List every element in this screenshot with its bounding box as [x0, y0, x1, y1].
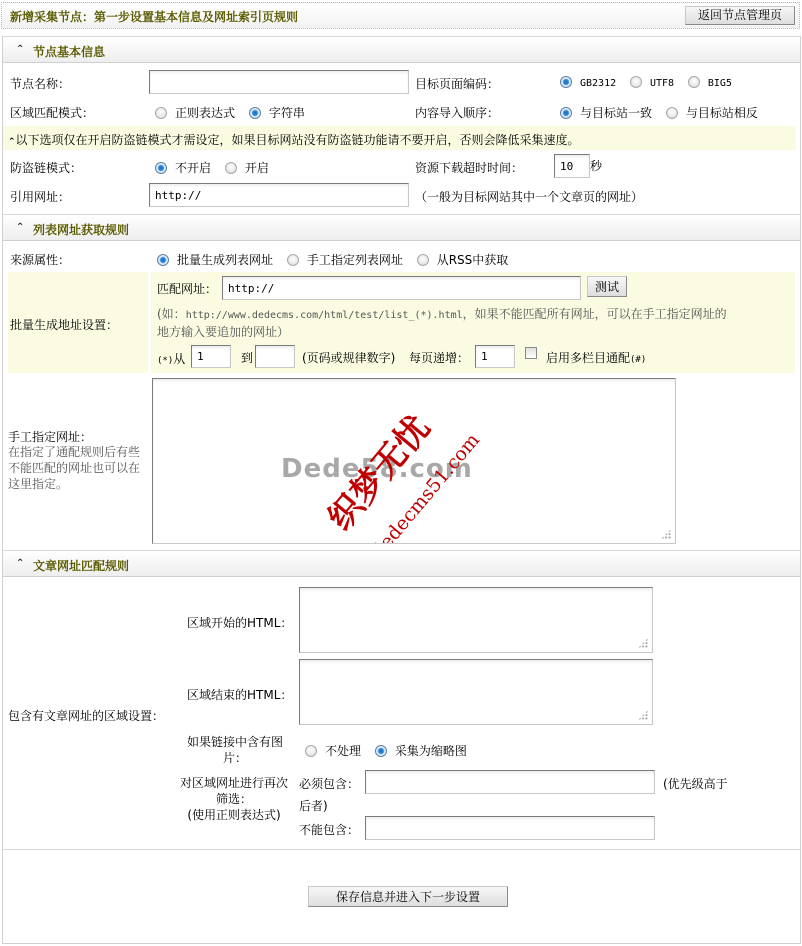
radio-unchecked-icon[interactable] — [630, 76, 642, 88]
source-option-rss[interactable]: 从RSS中获取 — [417, 251, 509, 268]
must-include-label: 必须包含： — [299, 775, 359, 792]
match-mode-option-string[interactable]: 字符串 — [249, 104, 305, 121]
step-input[interactable] — [475, 345, 515, 368]
node-name-input[interactable] — [149, 70, 409, 94]
range-from-label: (*)从 — [157, 350, 185, 367]
timeout-unit: 秒 — [590, 157, 602, 174]
radio-unchecked-icon[interactable] — [155, 107, 167, 119]
section-title: 节点基本信息 — [33, 43, 105, 60]
timeout-input[interactable] — [554, 154, 590, 178]
must-exclude-input[interactable] — [365, 816, 655, 840]
match-mode-label: 区域匹配模式： — [10, 104, 94, 121]
save-and-next-button[interactable]: 保存信息并进入下一步设置 — [308, 886, 508, 907]
import-order-radio-group: 与目标站一致 与目标站相反 — [560, 104, 768, 121]
section-header-list[interactable]: ⌃ 列表网址获取规则 — [2, 214, 801, 241]
radio-unchecked-icon[interactable] — [305, 745, 317, 757]
radio-unchecked-icon[interactable] — [666, 107, 678, 119]
end-html-textarea[interactable] — [299, 659, 653, 725]
filter-label: 对区域网址进行再次 筛选： (使用正则表达式) — [175, 775, 293, 823]
footer-divider — [3, 849, 800, 850]
anti-leech-notice-text: ⌃以下选项仅在开启防盗链模式才需设定，如果目标网站没有防盗链功能请不要开启，否则… — [8, 131, 580, 148]
radio-checked-icon[interactable] — [249, 107, 261, 119]
radio-checked-icon[interactable] — [155, 162, 167, 174]
timeout-label: 资源下载超时时间： — [415, 159, 523, 176]
import-order-label: 内容导入顺序： — [415, 104, 499, 121]
article-region-label: 包含有文章网址的区域设置： — [8, 707, 164, 724]
source-option-batch[interactable]: 批量生成列表网址 — [157, 251, 273, 268]
batch-label: 批量生成地址设置： — [10, 316, 118, 333]
start-html-label: 区域开始的HTML： — [187, 614, 292, 631]
batch-example-text: (如：http://www.dedecms.com/html/test/list… — [157, 306, 757, 340]
anti-leech-option-off[interactable]: 不开启 — [155, 159, 211, 176]
resize-grip-icon[interactable] — [638, 638, 648, 648]
manual-urls-description: 在指定了通配规则后有些 不能匹配的网址也可以在 这里指定。 — [8, 444, 140, 492]
range-from-input[interactable] — [191, 345, 231, 368]
start-html-textarea[interactable] — [299, 587, 653, 653]
radio-checked-icon[interactable] — [560, 107, 572, 119]
image-handling-radio-group: 不处理 采集为缩略图 — [305, 742, 477, 759]
resize-grip-icon[interactable] — [661, 529, 671, 539]
image-option-ignore[interactable]: 不处理 — [305, 742, 361, 759]
section-header-article[interactable]: ⌃ 文章网址匹配规则 — [2, 550, 801, 577]
match-url-label: 匹配网址： — [157, 280, 217, 297]
must-exclude-label: 不能包含： — [299, 821, 359, 838]
anti-leech-radio-group: 不开启 开启 — [155, 159, 279, 176]
multi-column-checkbox[interactable] — [525, 347, 537, 359]
radio-checked-icon[interactable] — [375, 745, 387, 757]
match-url-input[interactable] — [222, 276, 581, 300]
encoding-option-utf8[interactable]: UTF8 — [630, 75, 674, 89]
encoding-label: 目标页面编码： — [415, 75, 499, 92]
encoding-option-big5[interactable]: BIG5 — [688, 75, 732, 89]
section-header-basic[interactable]: ⌃ 节点基本信息 — [2, 36, 801, 63]
anti-leech-option-on[interactable]: 开启 — [225, 159, 269, 176]
double-chevron-up-icon: ⌃ — [8, 137, 16, 147]
match-mode-radio-group: 正则表达式 字符串 — [155, 104, 315, 121]
multi-column-label: 启用多栏目通配(#) — [546, 349, 646, 366]
radio-unchecked-icon[interactable] — [417, 254, 429, 266]
manual-urls-textarea[interactable]: Dede58.com 织梦无忧 dedecms51.com — [152, 378, 676, 544]
double-chevron-up-icon[interactable]: ⌃ — [16, 44, 24, 55]
import-order-option-reverse[interactable]: 与目标站相反 — [666, 104, 758, 121]
image-handling-label: 如果链接中含有图 片： — [185, 734, 285, 766]
double-chevron-up-icon[interactable]: ⌃ — [16, 222, 24, 233]
anti-leech-label: 防盗链模式： — [10, 159, 82, 176]
page-title: 新增采集节点：第一步设置基本信息及网址索引页规则 — [10, 8, 298, 25]
section-title: 列表网址获取规则 — [33, 221, 129, 238]
manual-urls-label: 手工指定网址： — [8, 428, 92, 445]
radio-checked-icon[interactable] — [157, 254, 169, 266]
section-title: 文章网址匹配规则 — [33, 557, 129, 574]
radio-unchecked-icon[interactable] — [688, 76, 700, 88]
encoding-option-gb2312[interactable]: GB2312 — [560, 75, 616, 89]
referer-hint: （一般为目标网站其中一个文章页的网址） — [415, 188, 643, 205]
radio-checked-icon[interactable] — [560, 76, 572, 88]
priority-hint-line1: (优先级高于 — [663, 775, 728, 792]
match-mode-option-regex[interactable]: 正则表达式 — [155, 104, 235, 121]
end-html-label: 区域结束的HTML： — [187, 686, 292, 703]
return-to-node-list-button[interactable]: 返回节点管理页 — [685, 6, 795, 25]
source-label: 来源属性： — [10, 251, 70, 268]
referer-input[interactable] — [149, 183, 409, 207]
source-option-manual[interactable]: 手工指定列表网址 — [287, 251, 403, 268]
image-option-thumbnail[interactable]: 采集为缩略图 — [375, 742, 467, 759]
radio-unchecked-icon[interactable] — [287, 254, 299, 266]
encoding-radio-group: GB2312 UTF8 BIG5 — [560, 75, 742, 89]
node-name-label: 节点名称： — [10, 75, 70, 92]
referer-label: 引用网址： — [10, 188, 70, 205]
step-label: 每页递增： — [409, 349, 469, 366]
range-hint: (页码或规律数字) — [302, 349, 395, 366]
resize-grip-icon[interactable] — [638, 710, 648, 720]
range-to-input[interactable] — [255, 345, 295, 368]
range-to-label: 到 — [241, 349, 253, 366]
import-order-option-same[interactable]: 与目标站一致 — [560, 104, 652, 121]
must-include-input[interactable] — [365, 770, 655, 794]
test-button[interactable]: 测试 — [587, 276, 627, 297]
source-radio-group: 批量生成列表网址 手工指定列表网址 从RSS中获取 — [157, 251, 518, 268]
double-chevron-up-icon[interactable]: ⌃ — [16, 558, 24, 569]
priority-hint-line2: 后者) — [299, 797, 328, 814]
radio-unchecked-icon[interactable] — [225, 162, 237, 174]
